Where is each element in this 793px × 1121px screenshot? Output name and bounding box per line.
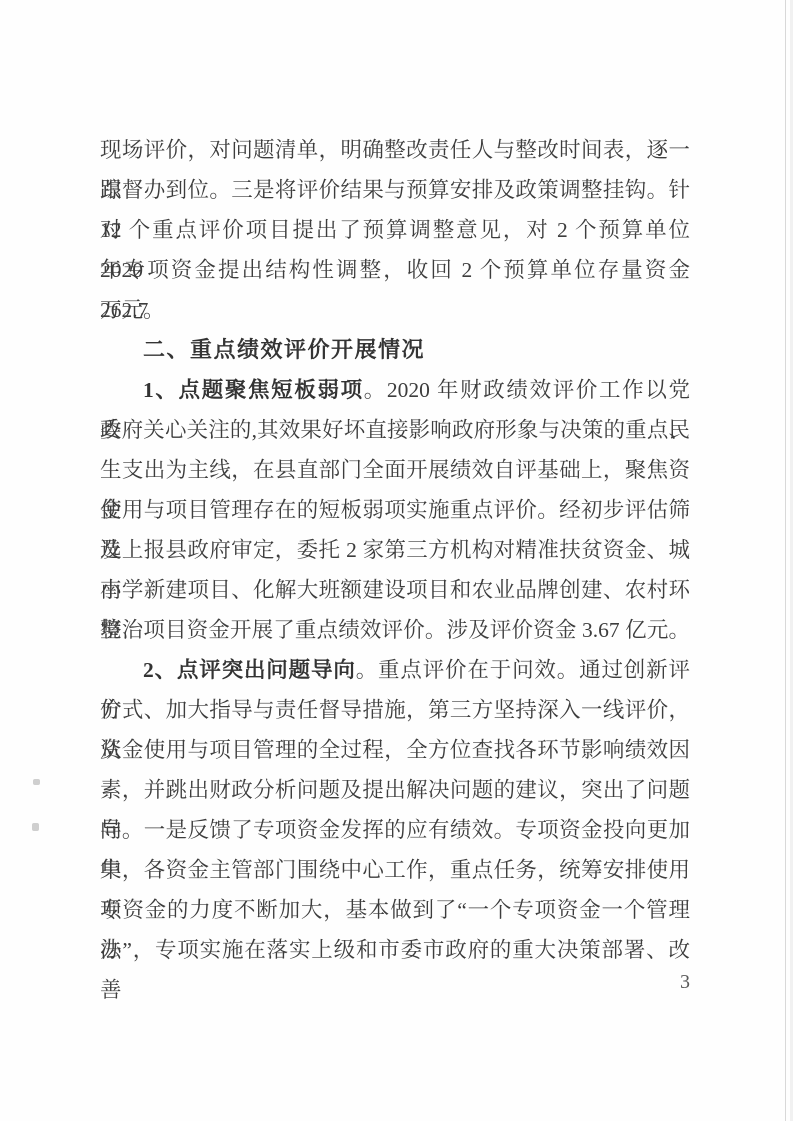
text-line: 年专项资金提出结构性调整，收回 2 个预算单位存量资金 262.7 [100,250,690,290]
text-run: 法”，专项实施在落实上级和市委市政府的重大决策部署、改善 [100,938,690,1002]
text-run: 资金使用与项目管理的全过程，全方位查找各环节影响绩效因 [100,738,690,762]
text-line: 1、点题聚焦短板弱项。2020 年财政绩效评价工作以党委、 [100,370,690,410]
text-line: 方式、加大指导与责任督导措施，第三方坚持深入一线评价，从 [100,690,690,730]
scan-artifact-speck [32,823,39,831]
bold-run: 二、重点绩效评价开展情况 [143,337,425,362]
text-line: 及上报县政府审定，委托 2 家第三方机构对精准扶贫资金、城南 [100,530,690,570]
text-line: 中，各资金主管部门围绕中心工作，重点任务，统筹安排使用专 [100,850,690,890]
text-line: 资金使用与项目管理的全过程，全方位查找各环节影响绩效因 [100,730,690,770]
bold-run: 2、点评突出问题导向 [143,658,356,682]
text-line: 使用与项目管理存在的短板弱项实施重点评价。经初步评估筛选 [100,490,690,530]
text-line: 政府关心关注的,其效果好坏直接影响政府形象与决策的重点民 [100,410,690,450]
text-run: 万元。 [100,298,165,322]
text-line: 万元。 [100,290,690,330]
text-line: 2、点评突出问题导向。重点评价在于问效。通过创新评价 [100,650,690,690]
text-run: 整治项目资金开展了重点绩效评价。涉及评价资金 3.67 亿元。 [100,618,690,642]
text-line: 踪督办到位。三是将评价结果与预算安排及政策调整挂钩。针对 [100,170,690,210]
text-run: 政府关心关注的,其效果好坏直接影响政府形象与决策的重点民 [100,418,690,442]
page-number: 3 [680,966,710,998]
text-line: 12 个重点评价项目提出了预算调整意见，对 2 个预算单位 2020 [100,210,690,250]
text-line: 小学新建项目、化解大班额建设项目和农业品牌创建、农村环境 [100,570,690,610]
text-line: 法”，专项实施在落实上级和市委市政府的重大决策部署、改善 [100,930,690,970]
document-body: 现场评价，对问题清单，明确整改责任人与整改时间表，逐一跟踪督办到位。三是将评价结… [100,130,690,970]
text-line: 素，并跳出财政分析问题及提出解决问题的建议，突出了问题导 [100,770,690,810]
text-line: 整治项目资金开展了重点绩效评价。涉及评价资金 3.67 亿元。 [100,610,690,650]
text-line: 项资金的力度不断加大，基本做到了“一个专项资金一个管理办 [100,890,690,930]
scanned-document-page: 现场评价，对问题清单，明确整改责任人与整改时间表，逐一跟踪督办到位。三是将评价结… [0,0,793,1121]
scan-edge-line [785,0,786,1121]
text-line: 向。一是反馈了专项资金发挥的应有绩效。专项资金投向更加集 [100,810,690,850]
scan-artifact-speck [33,779,40,785]
bold-run: 1、点题聚焦短板弱项 [143,378,364,402]
text-line: 现场评价，对问题清单，明确整改责任人与整改时间表，逐一跟 [100,130,690,170]
section-heading: 二、重点绩效评价开展情况 [100,330,690,370]
text-line: 生支出为主线，在县直部门全面开展绩效自评基础上，聚焦资金 [100,450,690,490]
